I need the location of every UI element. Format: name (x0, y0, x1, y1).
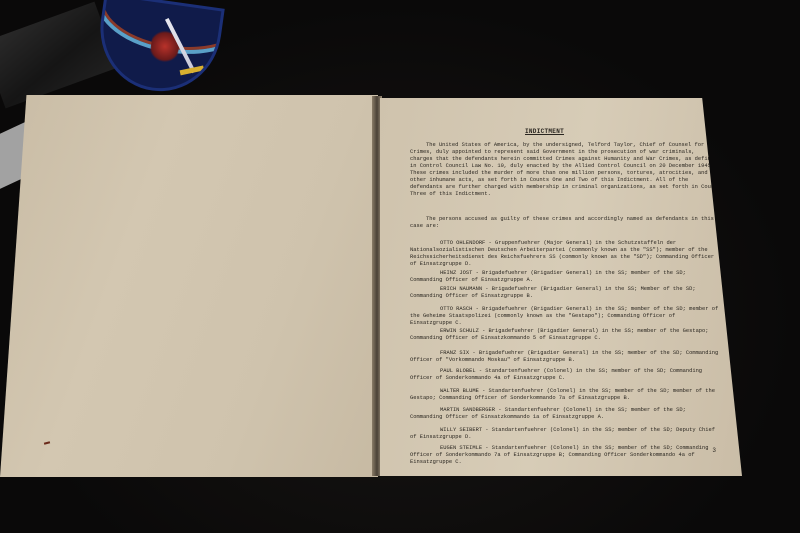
document-title: INDICTMENT (525, 128, 564, 135)
defendant-name: OTTO RASCH (440, 306, 472, 312)
intro-paragraph: The persons accused as guilty of these c… (410, 216, 720, 230)
defendant-name: MARTIN SANDBERGER (440, 407, 495, 413)
defendant-name: ERWIN SCHULZ (440, 328, 479, 334)
defendant-name: EUGEN STEIMLE (440, 445, 482, 451)
defendant-entry: FRANZ SIX - Brigadefuehrer (Brigadier Ge… (410, 350, 720, 364)
page-number: 3 (712, 447, 716, 454)
defendant-entry: MARTIN SANDBERGER - Standartenfuehrer (C… (410, 407, 720, 421)
defendant-name: HEINZ JOST (440, 270, 472, 276)
defendant-name: PAUL BLOBEL (440, 368, 476, 374)
defendant-name: ERICH NAUMANN (440, 286, 482, 292)
defendant-entry: OTTO RASCH - Brigadefuehrer (Brigadier G… (410, 306, 720, 327)
defendant-name: WILLY SEIBERT (440, 427, 482, 433)
left-blank-page (0, 95, 378, 477)
defendant-name: FRANZ SIX (440, 350, 469, 356)
defendant-entry: ERICH NAUMANN - Brigadefuehrer (Brigadie… (410, 286, 720, 300)
defendant-entry: EUGEN STEIMLE - Standartenfuehrer (Colon… (410, 445, 720, 466)
defendant-name: WALTER BLUME (440, 388, 479, 394)
defendant-entry: ERWIN SCHULZ - Brigadefuehrer (Brigadier… (410, 328, 720, 342)
defendant-entry: HEINZ JOST - Brigadefuehrer (Brigadier G… (410, 270, 720, 284)
defendant-entry: OTTO OHLENDORF - Gruppenfuehrer (Major G… (410, 240, 720, 268)
defendant-name: OTTO OHLENDORF (440, 240, 485, 246)
defendant-entry: WALTER BLUME - Standartenfuehrer (Colone… (410, 388, 720, 402)
defendant-entry: WILLY SEIBERT - Standartenfuehrer (Colon… (410, 427, 720, 441)
preamble-paragraph: The United States of America, by the und… (410, 142, 720, 198)
ink-mark (44, 441, 50, 444)
sword-hilt-icon (180, 65, 205, 75)
indictment-page: INDICTMENT The United States of America,… (380, 98, 742, 476)
defendant-entry: PAUL BLOBEL - Standartenfuehrer (Colonel… (410, 368, 720, 382)
